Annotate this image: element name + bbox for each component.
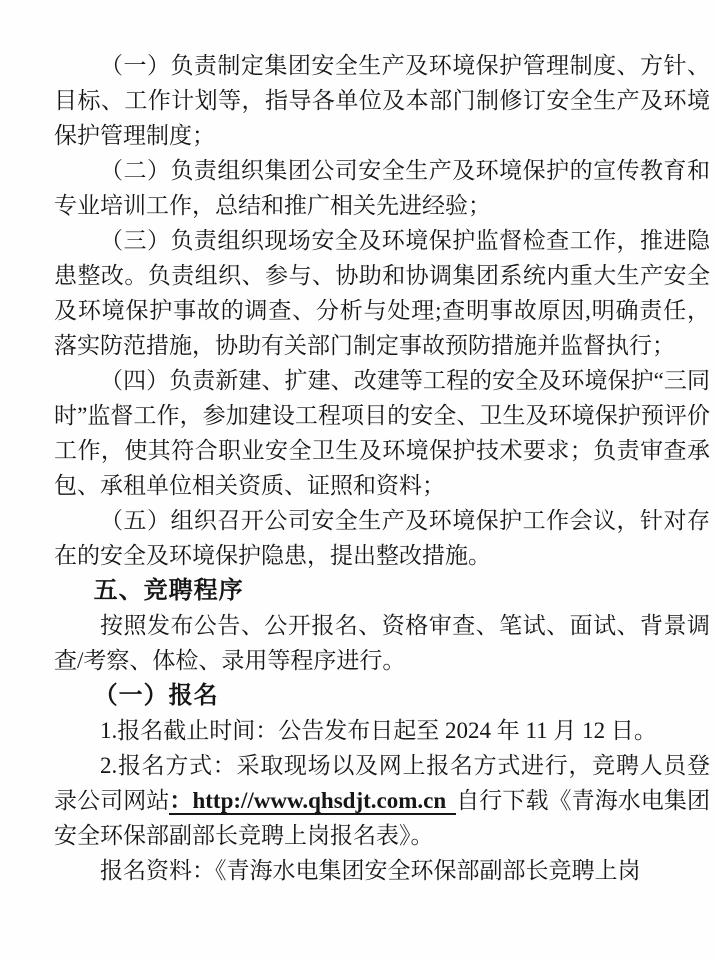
document-page: （一）负责制定集团安全生产及环境保护管理制度、方针、目标、工作计划等，指导各单位… [0,0,716,959]
duty-paragraph-3: （三）负责组织现场安全及环境保护监督检查工作，推进隐患整改。负责组织、参与、协助… [54,223,710,363]
duty-paragraph-4: （四）负责新建、扩建、改建等工程的安全及环境保护“三同时”监督工作，参加建设工程… [54,363,710,503]
company-website-link[interactable]: ：http://www.qhsdjt.com.cn [169,788,456,815]
section-heading-recruitment-procedure: 五、竞聘程序 [54,573,710,608]
subsection-heading-registration: （一）报名 [54,678,710,713]
procedure-intro-paragraph: 按照发布公告、公开报名、资格审查、笔试、面试、背景调查/考察、体检、录用等程序进… [54,608,710,678]
duty-paragraph-2: （二）负责组织集团公司安全生产及环境保护的宣传教育和专业培训工作，总结和推广相关… [54,153,710,223]
registration-materials-paragraph: 报名资料：《青海水电集团安全环保部副部长竞聘上岗 [54,853,710,888]
registration-method-paragraph: 2.报名方式：采取现场以及网上报名方式进行，竞聘人员登录公司网站：http://… [54,748,710,853]
registration-deadline-paragraph: 1.报名截止时间：公告发布日起至 2024 年 11 月 12 日。 [54,713,710,748]
duty-paragraph-5: （五）组织召开公司安全生产及环境保护工作会议，针对存在的安全及环境保护隐患，提出… [54,503,710,573]
duty-paragraph-1: （一）负责制定集团安全生产及环境保护管理制度、方针、目标、工作计划等，指导各单位… [54,48,710,153]
